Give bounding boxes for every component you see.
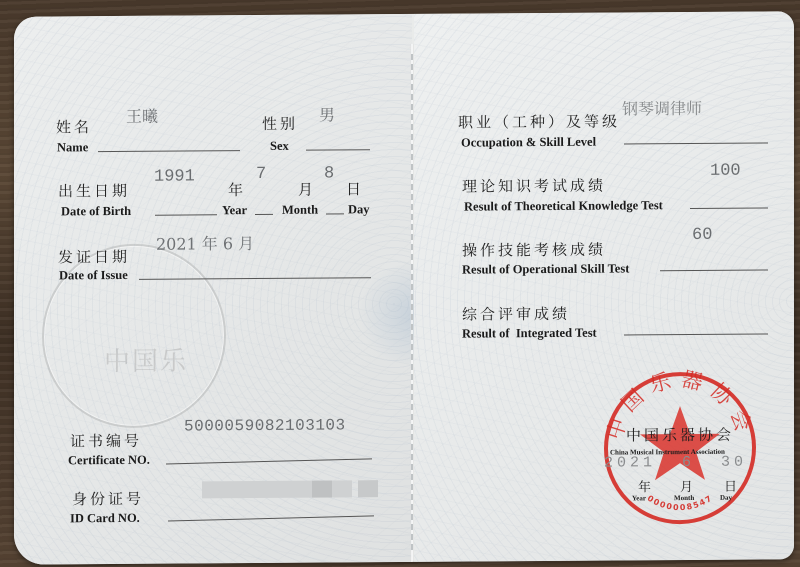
binding-stitch <box>411 54 413 552</box>
certificate-no-label-en: Certificate NO. <box>68 453 150 469</box>
sex-label-zh: 性别 <box>262 113 298 134</box>
issuer-year-en: Year <box>632 494 646 502</box>
left-page: 中国乐 姓名 王曦 Name 性别 男 Sex 出生日期 1991 年 7 月 … <box>14 14 412 565</box>
id-card-label-zh: 身份证号 <box>72 488 144 510</box>
issue-date-value: 2021 年 6 月 <box>156 231 254 255</box>
issuer-name-zh: 中国乐器协会 <box>626 424 734 446</box>
certificate-no-label-zh: 证书编号 <box>70 430 142 452</box>
dob-year-en: Year <box>222 203 247 218</box>
certificate-booklet: 中国乐 姓名 王曦 Name 性别 男 Sex 出生日期 1991 年 7 月 … <box>14 11 794 564</box>
dob-day-value: 8 <box>324 164 334 183</box>
occupation-label-zh: 职业（工种）及等级 <box>458 110 620 132</box>
certificate-no-value: 5000059082103103 <box>184 416 346 435</box>
dob-label-zh: 出生日期 <box>58 180 130 202</box>
integrated-label-en: Result of Integrated Test <box>462 326 597 342</box>
issue-date-label-en: Date of Issue <box>59 268 128 283</box>
theory-value: 100 <box>710 162 741 181</box>
dob-day-en: Day <box>348 202 370 217</box>
occupation-value: 钢琴调律师 <box>622 96 702 120</box>
occupation-label-en: Occupation & Skill Level <box>461 135 596 151</box>
id-card-label-en: ID Card NO. <box>70 511 140 526</box>
issuer-day-en: Day <box>720 494 732 502</box>
id-card-redaction <box>332 480 352 497</box>
dob-month-en: Month <box>282 203 318 218</box>
sex-value: 男 <box>319 102 335 125</box>
official-stamp: 中国乐器协会 0000008547 中国乐器协会 China Musical I… <box>600 368 760 529</box>
theory-label-en: Result of Theoretical Knowledge Test <box>464 198 663 214</box>
sex-label-en: Sex <box>270 139 289 154</box>
embossed-seal-text: 中国乐 <box>104 341 188 379</box>
integrated-label-zh: 综合评审成绩 <box>462 303 570 325</box>
dob-month-value: 7 <box>256 165 266 184</box>
name-label-en: Name <box>57 140 88 155</box>
issue-date-values: 2021 6 30 <box>604 454 747 472</box>
theory-label-zh: 理论知识考试成绩 <box>462 175 606 197</box>
dob-year-zh: 年 <box>228 179 246 200</box>
id-card-redaction <box>358 480 378 497</box>
operational-label-en: Result of Operational Skill Test <box>462 261 629 277</box>
dob-day-zh: 日 <box>346 178 364 199</box>
dob-month-zh: 月 <box>298 179 316 200</box>
operational-label-zh: 操作技能考核成绩 <box>462 239 606 261</box>
dob-month-line <box>326 213 344 214</box>
operational-value: 60 <box>692 226 712 245</box>
name-label-zh: 姓名 <box>56 116 92 137</box>
dob-year-line <box>255 214 273 215</box>
issuer-year-zh: 年 <box>638 476 651 495</box>
dob-year-value: 1991 <box>154 167 195 186</box>
id-card-redaction <box>202 481 312 499</box>
issuer-month-zh: 月 <box>680 476 693 495</box>
id-card-redaction <box>312 481 332 498</box>
name-value: 王曦 <box>126 104 158 127</box>
issuer-day-zh: 日 <box>724 476 737 495</box>
issue-date-label-zh: 发证日期 <box>58 246 130 268</box>
issuer-month-en: Month <box>674 494 694 502</box>
dob-label-en: Date of Birth <box>61 204 131 219</box>
